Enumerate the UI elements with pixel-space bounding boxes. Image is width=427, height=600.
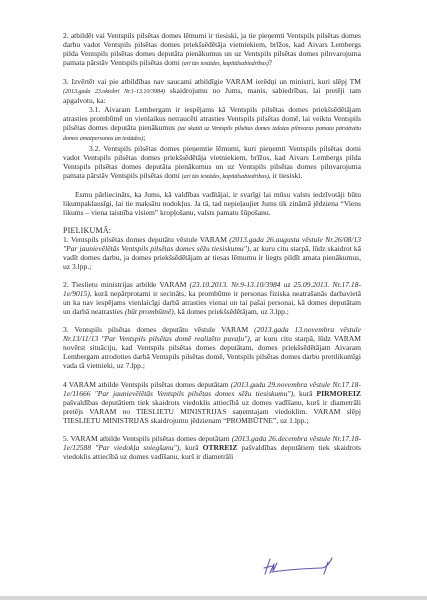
- closing-paragraph: Esmu pārliecināts, ka Jums, kā valdības …: [63, 190, 361, 217]
- subpoint-3-2-tail: , ir tiesiski.: [269, 171, 303, 180]
- attachment-5-text-middle: , kurā: [179, 443, 202, 452]
- subpoint-3-1: 3.1. Aivaram Lembergam ir iespējams kā V…: [63, 105, 361, 143]
- attachment-3: 3. Ventspils pilsētas domes deputātu vēs…: [63, 325, 361, 370]
- handwritten-signature-icon: [262, 555, 337, 577]
- attachment-4: 4 VARAM atbilde Ventspils pilsētas domes…: [63, 380, 361, 425]
- attachment-2-text-after: , kā domes priekšsēdētājam, uz 3.lpp.;: [174, 307, 289, 316]
- attachment-5-text-before: 5. VARAM atbilde Ventspils pilsētas dome…: [63, 434, 232, 443]
- attachment-4-text-before: 4 VARAM atbilde Ventspils pilsētas domes…: [63, 380, 231, 389]
- point-3: 3. Izvērtēt vai pie atbildības nav sauca…: [63, 77, 361, 105]
- attachment-2-text-before: 2. Tieslietu ministrijas atbilde VARAM: [63, 280, 190, 289]
- attachment-5: 5. VARAM atbilde Ventspils pilsētas dome…: [63, 434, 361, 461]
- document-body: 2. atbildēt vai Ventspils pilsētas domes…: [63, 31, 361, 461]
- attachment-3-text-before: 3. Ventspils pilsētas domes deputātu vēs…: [63, 325, 254, 334]
- page-bottom-edge: [0, 596, 427, 600]
- attachment-4-text-middle: , kurā: [293, 389, 316, 398]
- attachment-4-text-after: pašvaldības deputātiem tiek skaidrots vi…: [63, 398, 361, 425]
- subpoint-3-2-ref: (arī tās iestādes, kapitālsabiedrības): [182, 173, 269, 180]
- attachment-1: 1. Ventspils pilsētas domes deputātu vēs…: [63, 235, 361, 271]
- attachment-1-text-before: 1. Ventspils pilsētas domes deputātu vēs…: [63, 235, 229, 244]
- subpoint-3-1-tail: ;: [143, 133, 145, 142]
- attachments-heading: PIELIKUMĀ:: [63, 226, 361, 235]
- point-2: 2. atbildēt vai Ventspils pilsētas domes…: [63, 31, 361, 68]
- attachment-2: 2. Tieslietu ministrijas atbilde VARAM (…: [63, 280, 361, 316]
- point-3-text-before: 3. Izvērtēt vai pie atbildības nav sauca…: [63, 77, 361, 86]
- subpoint-3-2: 3.2. Ventspils pilsētas domes pieņemtie …: [63, 144, 361, 181]
- document-page: 2. atbildēt vai Ventspils pilsētas domes…: [0, 0, 427, 596]
- point-2-ref: (arī tās iestādes, kapitālsabiedrības): [182, 60, 269, 67]
- attachment-2-ref2: (būt prombūtnē): [125, 307, 174, 316]
- point-3-ref: (2013.gada 23.oktobrī Nr.1-13.10/3984): [63, 88, 165, 95]
- attachment-4-emphasis: PIRMOREIZ: [317, 389, 361, 398]
- point-2-tail: ?: [269, 58, 272, 67]
- attachment-5-emphasis: OTRREIZ: [203, 443, 238, 452]
